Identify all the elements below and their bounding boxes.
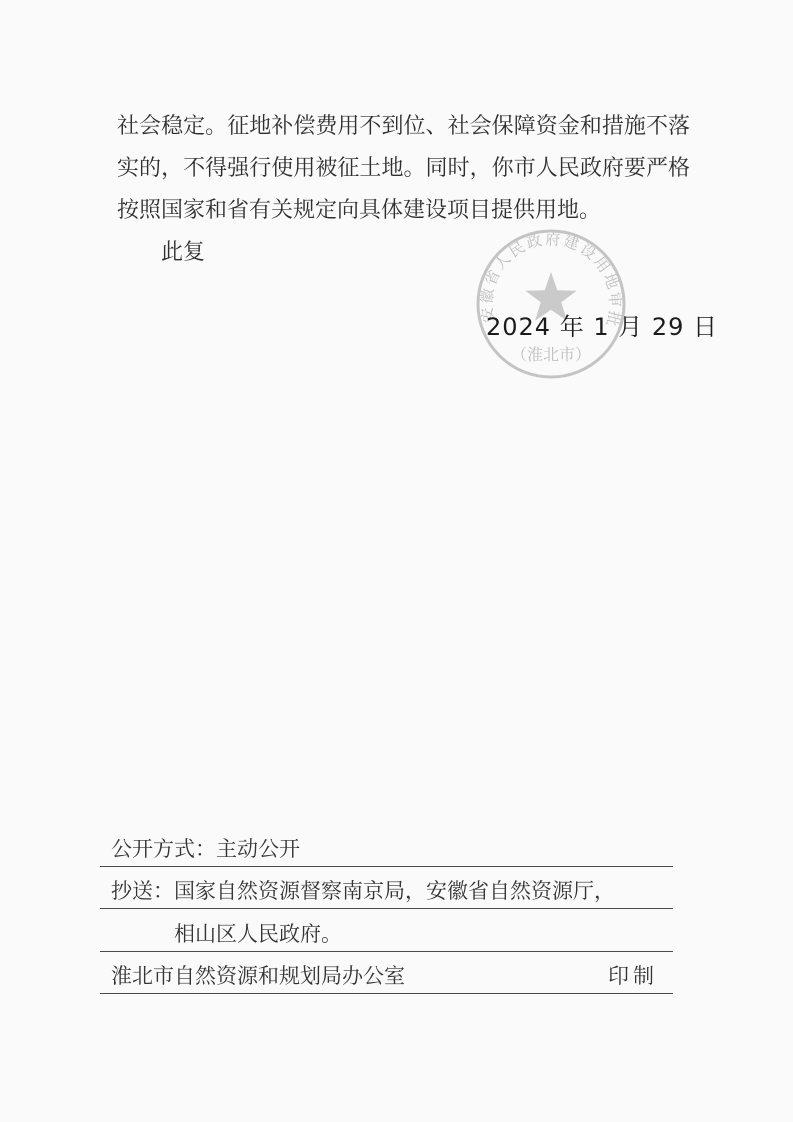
cc-line-2: 相山区人民政府。 bbox=[174, 918, 342, 948]
seal-graphic: 安徽省人民政府建设用地审批专用章 （淮北市） bbox=[474, 227, 628, 381]
document-date: 2024 年 1 月 29 日 bbox=[486, 313, 686, 341]
footer-row-publicity: 公开方式：主动公开 bbox=[100, 824, 673, 867]
body-line-2: 实的，不得强行使用被征土地。同时，你市人民政府要严格 bbox=[117, 147, 690, 189]
footer-row-cc-1: 抄送：国家自然资源督察南京局，安徽省自然资源厅， bbox=[100, 867, 673, 910]
body-line-3: 按照国家和省有关规定向具体建设项目提供用地。 bbox=[117, 189, 690, 231]
print-label: 印制 bbox=[608, 960, 673, 990]
document-page: 社会稳定。征地补偿费用不到位、社会保障资金和措施不落 实的，不得强行使用被征土地… bbox=[0, 0, 793, 1122]
publicity-method-label: 公开方式：主动公开 bbox=[111, 833, 300, 863]
footer-block: 公开方式：主动公开 抄送：国家自然资源督察南京局，安徽省自然资源厅， 相山区人民… bbox=[100, 824, 673, 994]
footer-row-cc-2: 相山区人民政府。 bbox=[100, 909, 673, 952]
footer-row-issuer: 淮北市自然资源和规划局办公室 印制 bbox=[100, 952, 673, 995]
official-seal-stamp: 安徽省人民政府建设用地审批专用章 （淮北市） bbox=[474, 227, 628, 381]
cc-line-1: 抄送：国家自然资源督察南京局，安徽省自然资源厅， bbox=[111, 875, 615, 905]
seal-city-text: （淮北市） bbox=[511, 346, 591, 364]
issuing-office-label: 淮北市自然资源和规划局办公室 bbox=[111, 960, 405, 990]
body-line-1: 社会稳定。征地补偿费用不到位、社会保障资金和措施不落 bbox=[117, 105, 690, 147]
